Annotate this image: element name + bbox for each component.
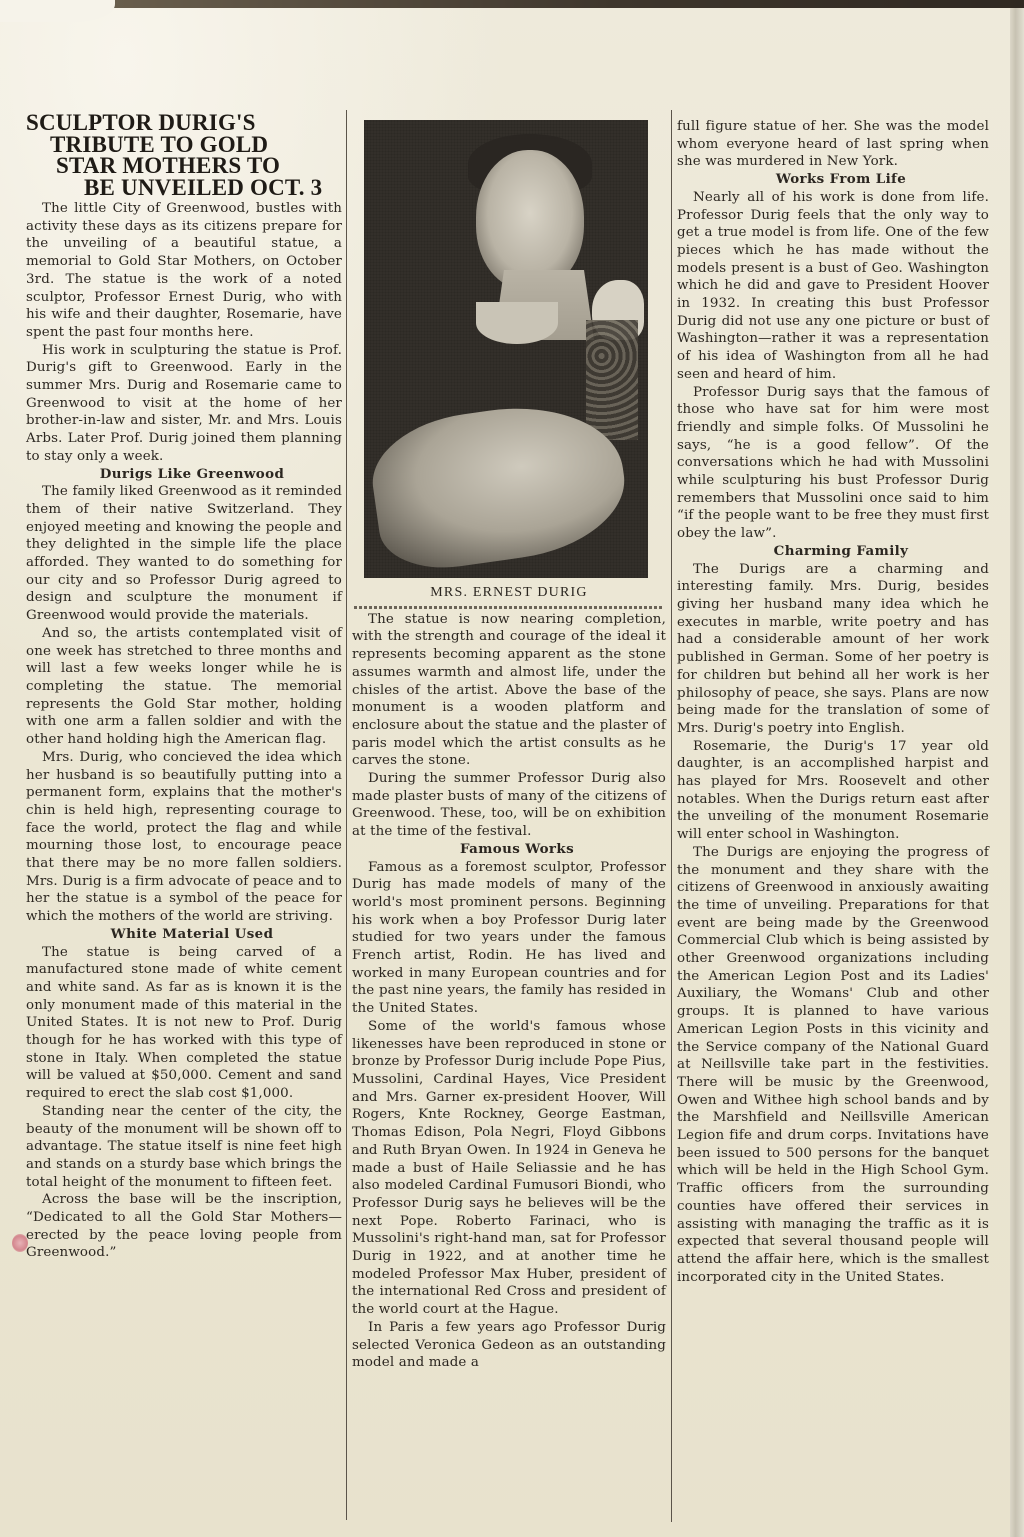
paragraph: Across the base will be the inscription,… (26, 1191, 342, 1262)
subheading: Charming Family (677, 543, 989, 561)
paragraph-continued: full figure statue of her. She was the m… (677, 118, 989, 171)
page-fold-edge (1010, 8, 1024, 1537)
paragraph: The statue is now nearing completion, wi… (352, 611, 666, 770)
headline-line: BE UNVEILED OCT. 3 (26, 177, 342, 199)
paragraph: Mrs. Durig, who concieved the idea which… (26, 749, 342, 926)
paragraph: During the summer Professor Durig also m… (352, 770, 666, 841)
paragraph: The Durigs are enjoying the progress of … (677, 844, 989, 1287)
paragraph: His work in sculpturing the statue is Pr… (26, 342, 342, 466)
paragraph: The family liked Greenwood as it reminde… (26, 483, 342, 625)
subheading: Famous Works (352, 841, 666, 859)
column-1: SCULPTOR DURIG'S TRIBUTE TO GOLD STAR MO… (26, 112, 342, 1262)
caption-rule (354, 606, 664, 609)
subheading: White Material Used (26, 926, 342, 944)
headline-line: TRIBUTE TO GOLD (26, 134, 342, 156)
paragraph: Some of the world's famous whose likenes… (352, 1018, 666, 1319)
page-top-edge (0, 0, 1024, 8)
portrait-photo (364, 120, 648, 578)
paragraph: Nearly all of his work is done from life… (677, 189, 989, 384)
paragraph: Standing near the center of the city, th… (26, 1103, 342, 1192)
subheading: Durigs Like Greenwood (26, 466, 342, 484)
headline: SCULPTOR DURIG'S TRIBUTE TO GOLD STAR MO… (26, 112, 342, 198)
paragraph: Famous as a foremost sculptor, Professor… (352, 859, 666, 1018)
column-rule (346, 110, 347, 1520)
paragraph: Rosemarie, the Durig's 17 year old daugh… (677, 738, 989, 844)
column-rule (671, 110, 672, 1522)
paragraph: In Paris a few years ago Professor Durig… (352, 1319, 666, 1372)
torn-corner (0, 0, 115, 22)
paragraph: The little City of Greenwood, bustles wi… (26, 200, 342, 342)
photo-lace-sleeve-shape (586, 320, 638, 440)
paragraph: And so, the artists contemplated visit o… (26, 625, 342, 749)
column-2: MRS. ERNEST DURIG The statue is now near… (352, 118, 666, 1372)
subheading: Works From Life (677, 171, 989, 189)
headline-line: STAR MOTHERS TO (26, 155, 342, 177)
photo-collar-shape (476, 302, 558, 344)
portrait-figure (364, 120, 648, 578)
column-3: full figure statue of her. She was the m… (677, 118, 989, 1286)
photo-face-shape (476, 150, 584, 290)
paragraph: The statue is being carved of a manufact… (26, 944, 342, 1103)
paragraph: Professor Durig says that the famous of … (677, 384, 989, 543)
newspaper-clipping: SCULPTOR DURIG'S TRIBUTE TO GOLD STAR MO… (0, 0, 1024, 1537)
paragraph: The Durigs are a charming and interestin… (677, 561, 989, 738)
headline-line: SCULPTOR DURIG'S (26, 112, 342, 134)
photo-caption: MRS. ERNEST DURIG (352, 584, 666, 606)
